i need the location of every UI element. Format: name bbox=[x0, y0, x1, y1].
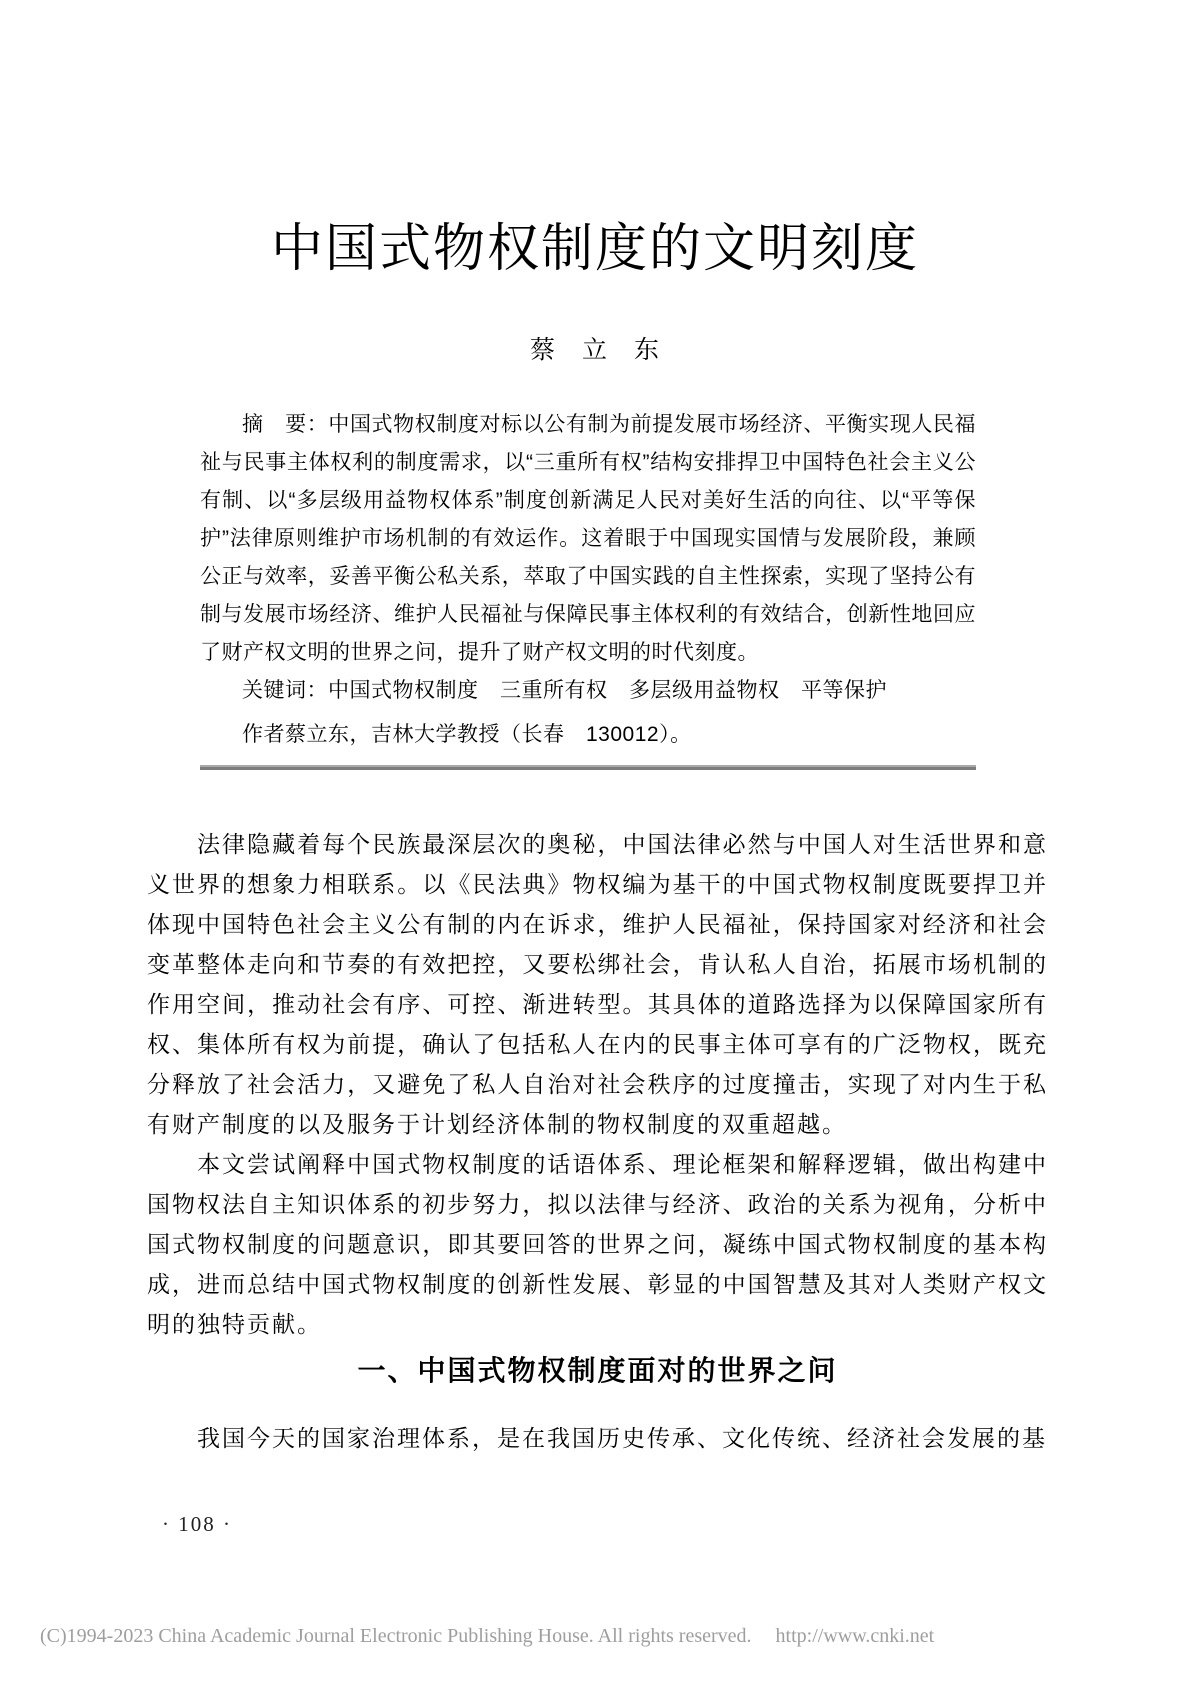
abstract-block: 摘 要：中国式物权制度对标以公有制为前提发展市场经济、平衡实现人民福祉与民事主体… bbox=[200, 406, 976, 754]
author-note: 作者蔡立东，吉林大学教授（长春 130012）。 bbox=[200, 716, 976, 754]
keywords-label: 关键词： bbox=[242, 679, 328, 702]
document-page: 中国式物权制度的文明刻度 蔡 立 东 摘 要：中国式物权制度对标以公有制为前提发… bbox=[0, 0, 1190, 1684]
section-heading: 一、中国式物权制度面对的世界之问 bbox=[147, 1354, 1048, 1388]
keywords-text: 中国式物权制度 三重所有权 多层级用益物权 平等保护 bbox=[328, 679, 887, 702]
abstract-label: 摘 要： bbox=[242, 413, 328, 436]
footer-url-link[interactable]: http://www.cnki.net bbox=[776, 1625, 935, 1647]
keywords-line: 关键词：中国式物权制度 三重所有权 多层级用益物权 平等保护 bbox=[200, 672, 976, 710]
body-paragraph-2: 本文尝试阐释中国式物权制度的话语体系、理论框架和解释逻辑，做出构建中国物权法自主… bbox=[147, 1144, 1048, 1344]
abstract-paragraph: 摘 要：中国式物权制度对标以公有制为前提发展市场经济、平衡实现人民福祉与民事主体… bbox=[200, 406, 976, 672]
body-paragraph-1: 法律隐藏着每个民族最深层次的奥秘，中国法律必然与中国人对生活世界和意义世界的想象… bbox=[147, 824, 1048, 1144]
page-number: · 108 · bbox=[162, 1512, 232, 1537]
author-name: 蔡 立 东 bbox=[0, 330, 1190, 366]
footer-copyright: (C)1994-2023 China Academic Journal Elec… bbox=[40, 1625, 752, 1647]
abstract-divider-rule bbox=[200, 765, 976, 770]
body-paragraph-3: 我国今天的国家治理体系，是在我国历史传承、文化传统、经济社会发展的基 bbox=[147, 1418, 1048, 1458]
abstract-text: 中国式物权制度对标以公有制为前提发展市场经济、平衡实现人民福祉与民事主体权利的制… bbox=[200, 413, 976, 664]
page-title: 中国式物权制度的文明刻度 bbox=[0, 218, 1190, 280]
footer: (C)1994-2023 China Academic Journal Elec… bbox=[40, 1625, 1160, 1648]
article-body: 法律隐藏着每个民族最深层次的奥秘，中国法律必然与中国人对生活世界和意义世界的想象… bbox=[147, 824, 1048, 1458]
